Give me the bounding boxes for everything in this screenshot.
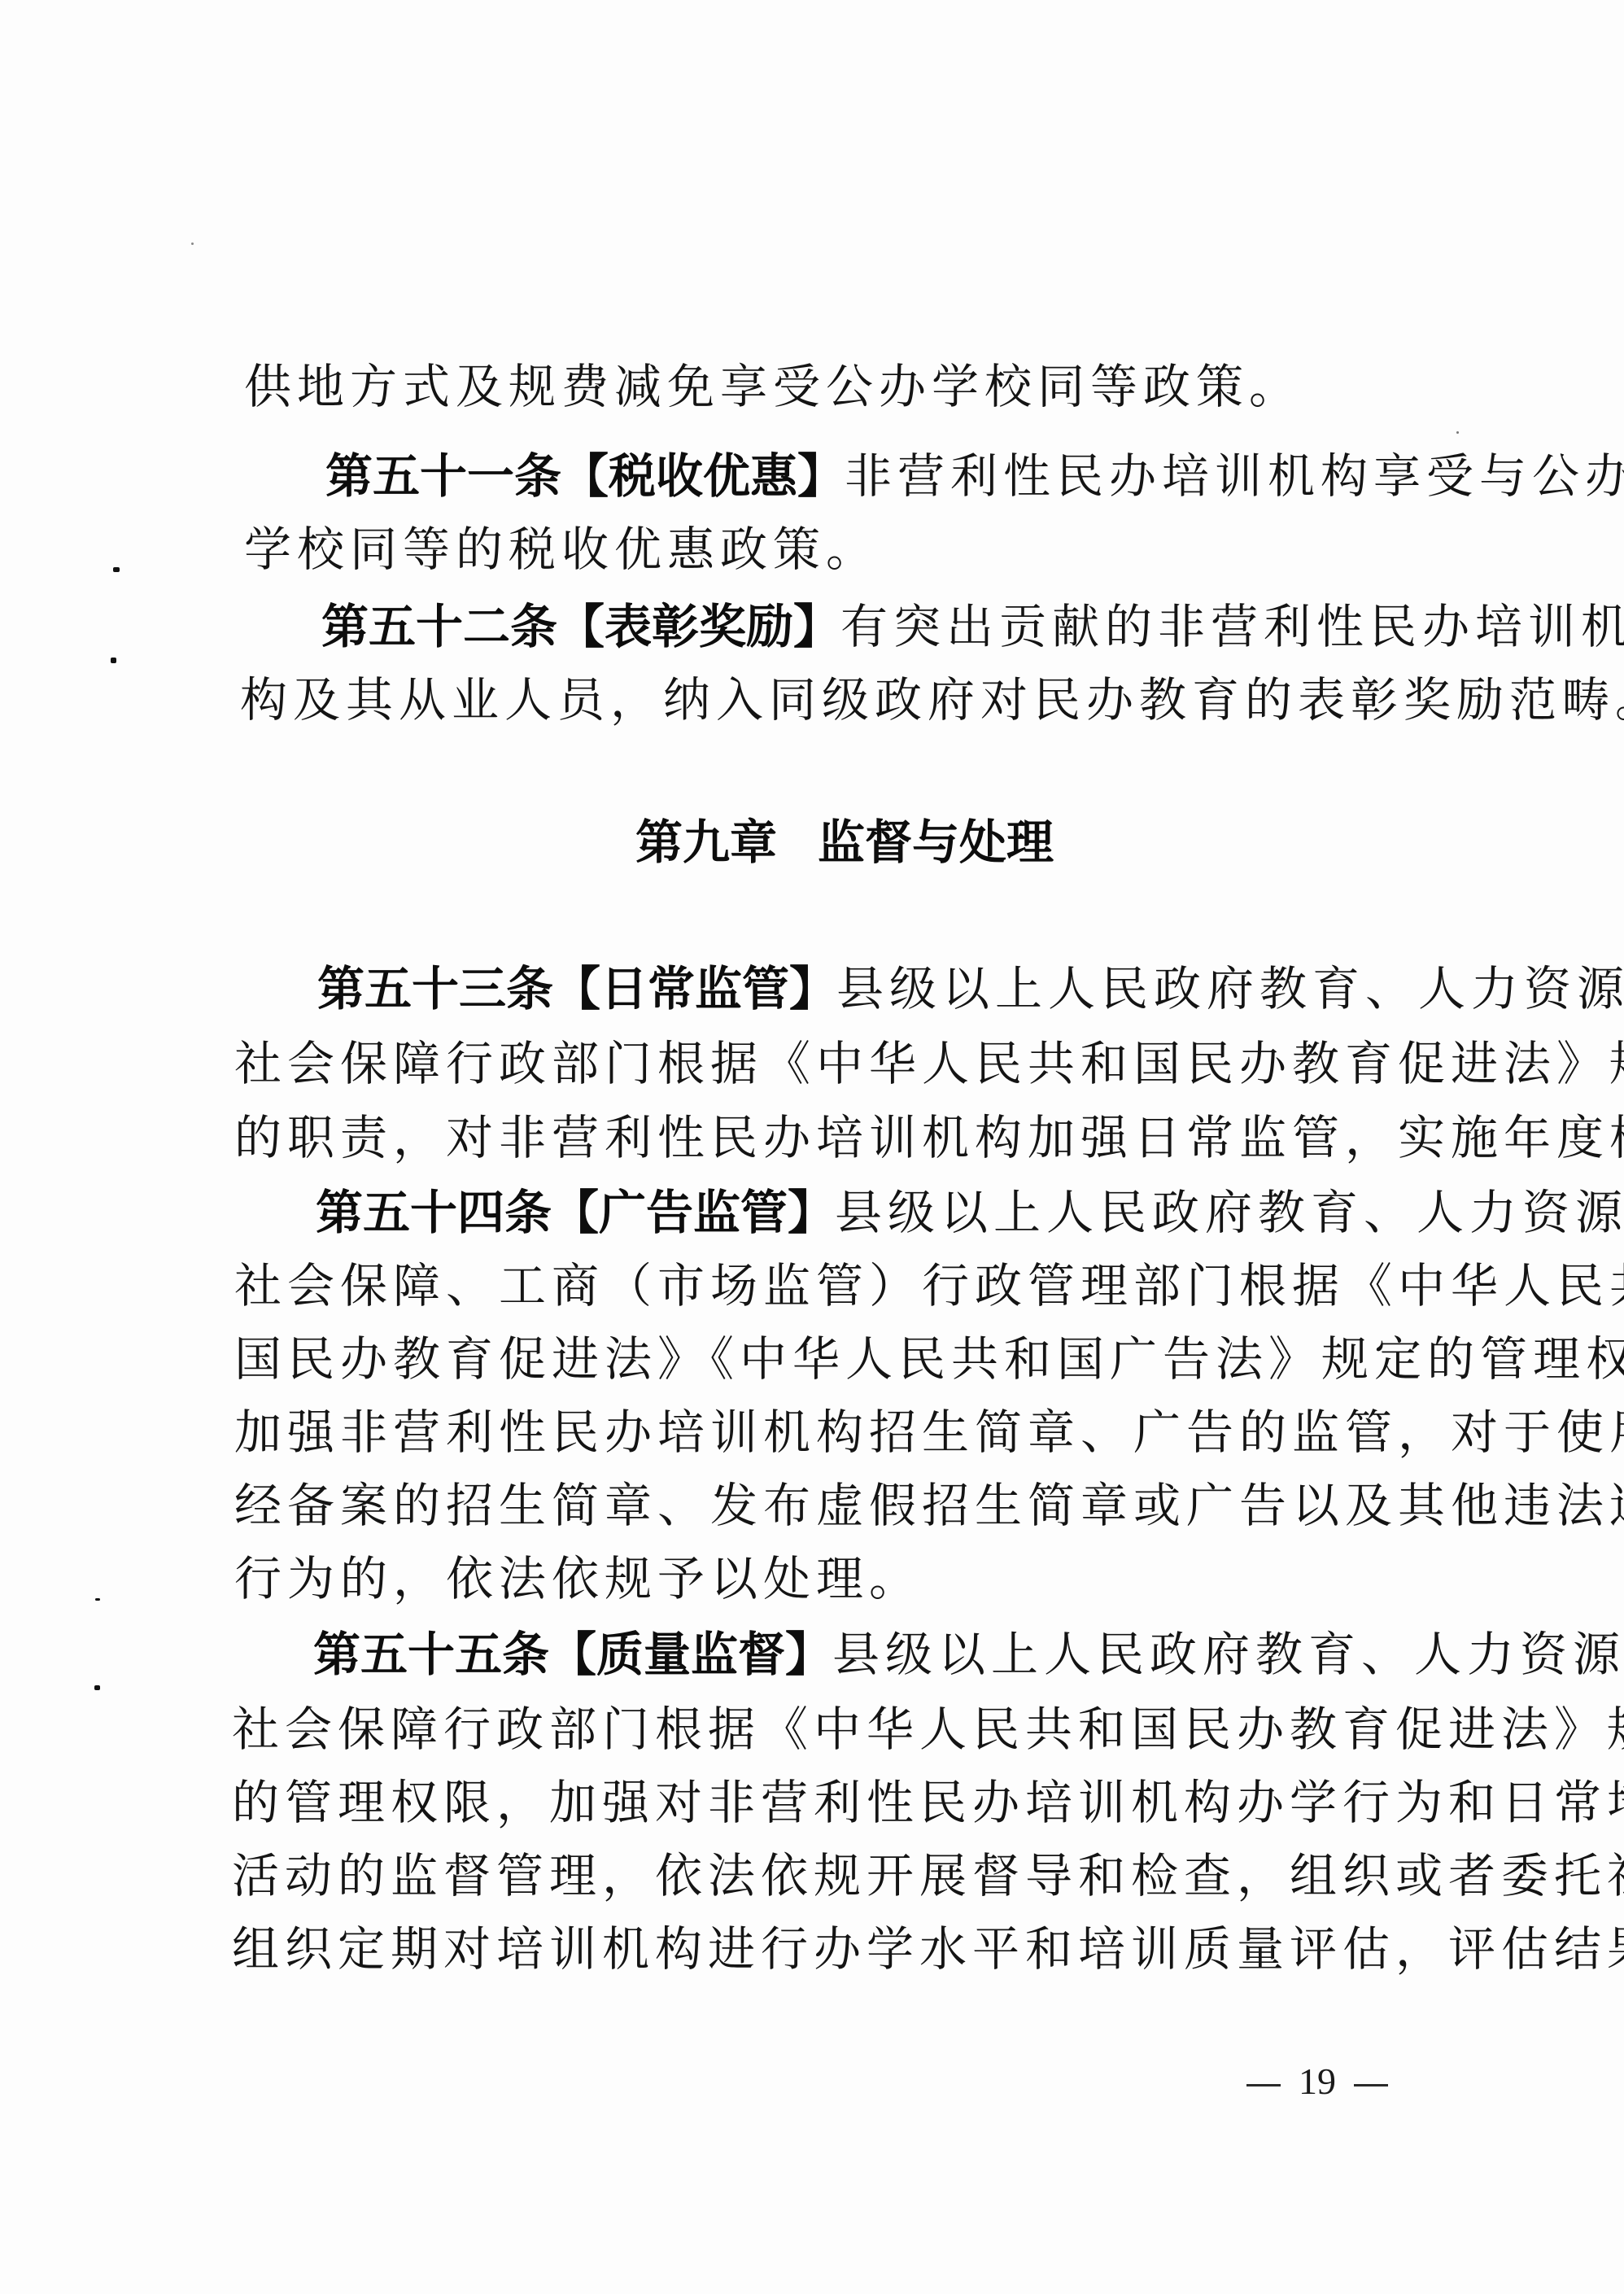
chapter-title: 监督与处理 xyxy=(818,815,1054,870)
article-53-line: 的职责，对非营利性民办培训机构加强日常监管，实施年度检查。 xyxy=(234,1109,1624,1166)
article-54-line: 加强非营利性民办培训机构招生简章、广告的监管，对于使用未 xyxy=(234,1404,1624,1461)
chapter-heading: 第九章监督与处理 xyxy=(0,814,1624,871)
body-text: 社会保障行政部门根据《中华人民共和国民办教育促进法》规定 xyxy=(234,1036,1624,1091)
scan-mark xyxy=(111,658,116,663)
body-text: 组织定期对培训机构进行办学水平和培训质量评估，评估结果及 xyxy=(232,1921,1624,1977)
article-55-line: 社会保障行政部门根据《中华人民共和国民办教育促进法》规定 xyxy=(232,1701,1624,1758)
dash-right xyxy=(1354,2084,1388,2086)
article-55-first-line: 第五十五条【质量监督】县级以上人民政府教育、人力资源 xyxy=(313,1626,1624,1683)
article-51-line: 学校同等的税收优惠政策。 xyxy=(244,521,879,578)
scan-speck xyxy=(191,243,194,245)
article-54-line: 行为的，依法依规予以处理。 xyxy=(234,1550,922,1607)
body-text: 社会保障、工商（市场监管）行政管理部门根据《中华人民共和 xyxy=(234,1258,1624,1313)
article-title: 【税收优惠】 xyxy=(561,448,845,504)
page-number-value: 19 xyxy=(1299,2060,1336,2102)
article-number: 第五十一条 xyxy=(325,448,561,504)
article-52-first-line: 第五十二条【表彰奖励】有突出贡献的非营利性民办培训机 xyxy=(321,598,1624,655)
body-text: 国民办教育促进法》《中华人民共和国广告法》规定的管理权限， xyxy=(234,1331,1624,1387)
body-text: 非营利性民办培训机构享受与公办 xyxy=(845,448,1624,504)
article-53-line: 社会保障行政部门根据《中华人民共和国民办教育促进法》规定 xyxy=(234,1035,1624,1092)
body-text: 县级以上人民政府教育、人力资源 xyxy=(836,961,1624,1016)
body-text: 社会保障行政部门根据《中华人民共和国民办教育促进法》规定 xyxy=(232,1702,1624,1757)
body-text: 县级以上人民政府教育、人力资源 xyxy=(832,1627,1624,1682)
document-page: 供地方式及规费减免享受公办学校同等政策。 第五十一条【税收优惠】非营利性民办培训… xyxy=(0,0,1624,2294)
article-number: 第五十三条 xyxy=(317,961,553,1016)
article-number: 第五十五条 xyxy=(313,1627,549,1682)
body-text: 的管理权限，加强对非营利性民办培训机构办学行为和日常培训 xyxy=(232,1775,1624,1830)
article-title: 【日常监管】 xyxy=(553,961,836,1016)
body-text: 供地方式及规费减免享受公办学校同等政策。 xyxy=(244,359,1302,414)
article-51-first-line: 第五十一条【税收优惠】非营利性民办培训机构享受与公办 xyxy=(325,448,1624,505)
chapter-number: 第九章 xyxy=(635,815,777,870)
scan-mark xyxy=(113,567,120,572)
article-number: 第五十四条 xyxy=(316,1185,552,1240)
body-text: 县级以上人民政府教育、人力资源 xyxy=(835,1185,1624,1240)
article-52-line: 构及其从业人员，纳入同级政府对民办教育的表彰奖励范畴。 xyxy=(240,671,1624,728)
article-54-line: 经备案的招生简章、发布虚假招生简章或广告以及其他违法违规 xyxy=(234,1477,1624,1534)
article-number: 第五十二条 xyxy=(321,599,557,654)
scan-mark xyxy=(95,1598,100,1601)
article-53-first-line: 第五十三条【日常监管】县级以上人民政府教育、人力资源 xyxy=(317,960,1624,1017)
dash-left xyxy=(1246,2084,1281,2086)
body-text: 构及其从业人员，纳入同级政府对民办教育的表彰奖励范畴。 xyxy=(240,672,1624,728)
scan-speck xyxy=(1456,431,1459,434)
article-title: 【表彰奖励】 xyxy=(557,599,840,654)
continuation-line: 供地方式及规费减免享受公办学校同等政策。 xyxy=(244,358,1302,415)
page-number: 19 xyxy=(1229,2059,1406,2104)
article-54-line: 社会保障、工商（市场监管）行政管理部门根据《中华人民共和 xyxy=(234,1257,1624,1314)
body-text: 行为的，依法依规予以处理。 xyxy=(234,1551,922,1606)
article-54-first-line: 第五十四条【广告监管】县级以上人民政府教育、人力资源 xyxy=(316,1184,1624,1241)
article-55-line: 活动的监督管理，依法依规开展督导和检查，组织或者委托社会 xyxy=(232,1847,1624,1904)
article-55-line: 组织定期对培训机构进行办学水平和培训质量评估，评估结果及 xyxy=(232,1920,1624,1977)
scan-mark xyxy=(94,1685,100,1690)
body-text: 学校同等的税收优惠政策。 xyxy=(244,522,879,577)
article-55-line: 的管理权限，加强对非营利性民办培训机构办学行为和日常培训 xyxy=(232,1774,1624,1831)
body-text: 有突出贡献的非营利性民办培训机 xyxy=(840,599,1624,654)
article-54-line: 国民办教育促进法》《中华人民共和国广告法》规定的管理权限， xyxy=(234,1331,1624,1387)
article-title: 【质量监督】 xyxy=(549,1627,832,1682)
body-text: 加强非营利性民办培训机构招生简章、广告的监管，对于使用未 xyxy=(234,1405,1624,1460)
body-text: 的职责，对非营利性民办培训机构加强日常监管，实施年度检查。 xyxy=(234,1110,1624,1165)
body-text: 经备案的招生简章、发布虚假招生简章或广告以及其他违法违规 xyxy=(234,1478,1624,1533)
article-title: 【广告监管】 xyxy=(552,1185,835,1240)
body-text: 活动的监督管理，依法依规开展督导和检查，组织或者委托社会 xyxy=(232,1848,1624,1903)
